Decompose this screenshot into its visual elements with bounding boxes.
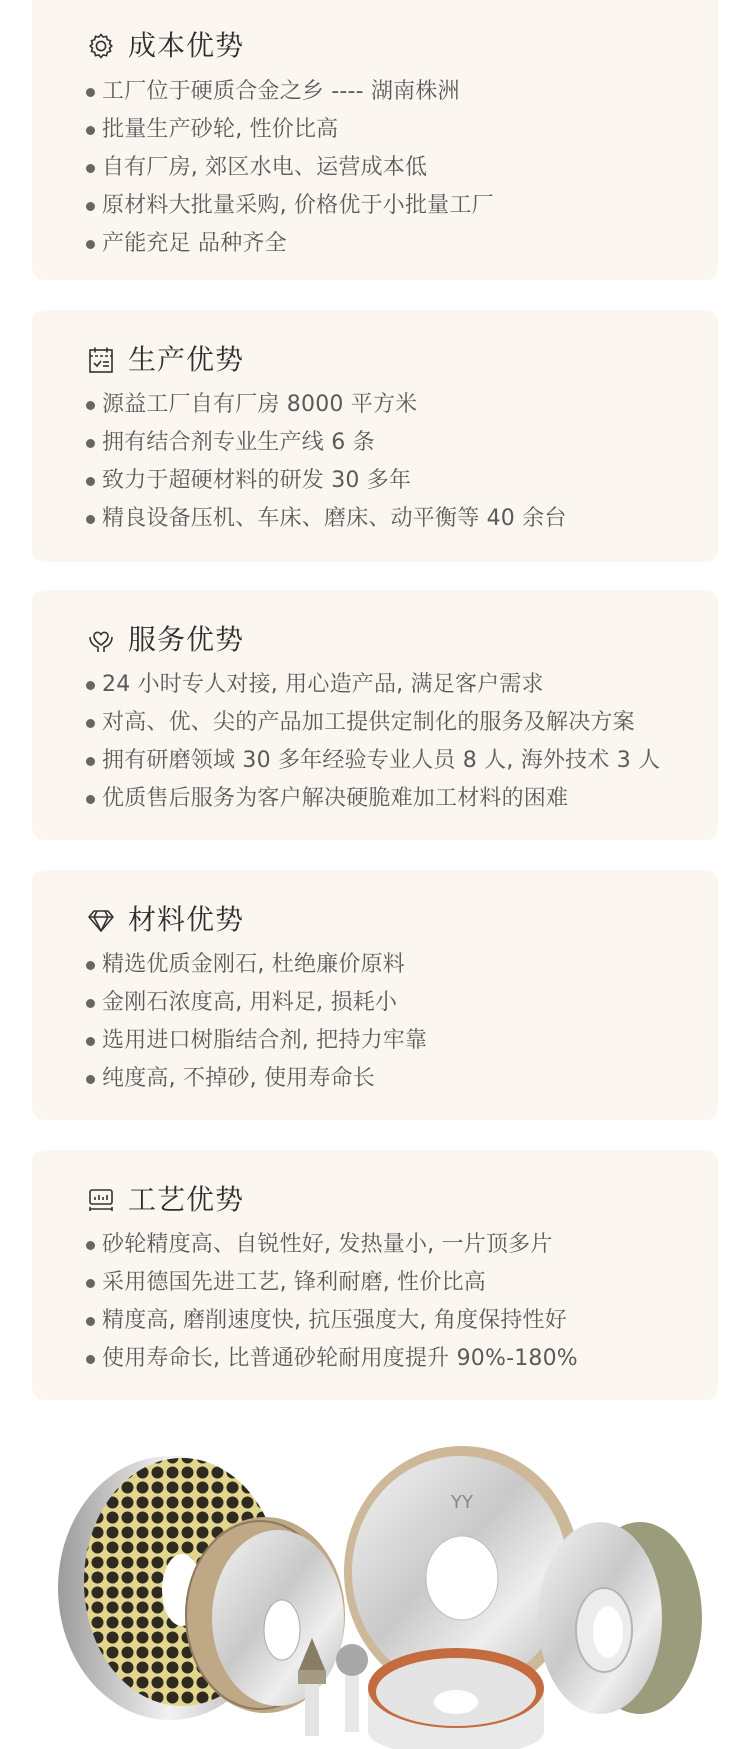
card-header: 材料优势 [86, 902, 244, 938]
list-item: 精选优质金刚石, 杜绝廉价原料 [86, 943, 427, 981]
bullet-dot-icon [86, 757, 95, 766]
bullet-dot-icon [86, 1279, 95, 1288]
bullet-dot-icon [86, 477, 95, 486]
bullet-list: 工厂位于硬质合金之乡 ---- 湖南株洲 批量生产砂轮, 性价比高 自有厂房, … [86, 70, 494, 260]
list-item: 采用德国先进工艺, 锋利耐磨, 性价比高 [86, 1261, 578, 1299]
bullet-list: 源益工厂自有厂房 8000 平方米 拥有结合剂专业生产线 6 条 致力于超硬材料… [86, 383, 567, 535]
list-item: 金刚石浓度高, 用料足, 损耗小 [86, 981, 427, 1019]
list-item: 选用进口树脂结合剂, 把持力牢靠 [86, 1019, 427, 1057]
diamond-icon [86, 905, 116, 935]
list-item: 产能充足 品种齐全 [86, 222, 494, 260]
production-advantage-card: 生产优势 源益工厂自有厂房 8000 平方米 拥有结合剂专业生产线 6 条 致力… [32, 310, 718, 562]
card-header: 成本优势 [86, 28, 244, 64]
green-cup-wheel [538, 1522, 702, 1714]
service-advantage-card: 服务优势 24 小时专人对接, 用心造产品, 满足客户需求 对高、优、尖的产品加… [32, 590, 718, 840]
card-title: 工艺优势 [128, 1182, 244, 1218]
card-title: 材料优势 [128, 902, 244, 938]
list-item: 24 小时专人对接, 用心造产品, 满足客户需求 [86, 663, 660, 701]
bullet-dot-icon [86, 126, 95, 135]
bullet-dot-icon [86, 1355, 95, 1364]
list-item: 拥有结合剂专业生产线 6 条 [86, 421, 567, 459]
bullet-dot-icon [86, 401, 95, 410]
craft-advantage-card: 工艺优势 砂轮精度高、自锐性好, 发热量小, 一片顶多片 采用德国先进工艺, 锋… [32, 1150, 718, 1400]
bullet-dot-icon [86, 1317, 95, 1326]
calendar-check-icon [86, 345, 116, 375]
list-item: 原材料大批量采购, 价格优于小批量工厂 [86, 184, 494, 222]
list-item: 对高、优、尖的产品加工提供定制化的服务及解决方案 [86, 701, 660, 739]
bullet-dot-icon [86, 961, 95, 970]
gear-icon [86, 31, 116, 61]
list-item: 砂轮精度高、自锐性好, 发热量小, 一片顶多片 [86, 1223, 578, 1261]
bullet-dot-icon [86, 1037, 95, 1046]
resin-cup-wheel [368, 1648, 544, 1749]
bullet-dot-icon [86, 202, 95, 211]
bullet-dot-icon [86, 240, 95, 249]
product-photo: YY [0, 1420, 750, 1749]
card-header: 生产优势 [86, 342, 244, 378]
bullet-dot-icon [86, 719, 95, 728]
list-item: 工厂位于硬质合金之乡 ---- 湖南株洲 [86, 70, 494, 108]
svg-text:YY: YY [450, 1492, 474, 1513]
list-item: 拥有研磨领域 30 多年经验专业人员 8 人, 海外技术 3 人 [86, 739, 660, 777]
grinding-wheels-image: YY [0, 1420, 750, 1749]
bullet-dot-icon [86, 439, 95, 448]
bullet-dot-icon [86, 795, 95, 804]
bullet-dot-icon [86, 164, 95, 173]
bullet-list: 24 小时专人对接, 用心造产品, 满足客户需求 对高、优、尖的产品加工提供定制… [86, 663, 660, 815]
gauge-panel-icon [86, 1185, 116, 1215]
list-item: 优质售后服务为客户解决硬脆难加工材料的困难 [86, 777, 660, 815]
list-item: 使用寿命长, 比普通砂轮耐用度提升 90%-180% [86, 1337, 578, 1375]
list-item: 精良设备压机、车床、磨床、动平衡等 40 余台 [86, 497, 567, 535]
bullet-dot-icon [86, 681, 95, 690]
card-title: 成本优势 [128, 28, 244, 64]
material-advantage-card: 材料优势 精选优质金刚石, 杜绝廉价原料 金刚石浓度高, 用料足, 损耗小 选用… [32, 870, 718, 1120]
card-title: 服务优势 [128, 622, 244, 658]
bullet-dot-icon [86, 1075, 95, 1084]
card-header: 服务优势 [86, 622, 244, 658]
cost-advantage-card: 成本优势 工厂位于硬质合金之乡 ---- 湖南株洲 批量生产砂轮, 性价比高 自… [32, 0, 718, 280]
card-header: 工艺优势 [86, 1182, 244, 1218]
list-item: 精度高, 磨削速度快, 抗压强度大, 角度保持性好 [86, 1299, 578, 1337]
list-item: 自有厂房, 郊区水电、运营成本低 [86, 146, 494, 184]
list-item: 批量生产砂轮, 性价比高 [86, 108, 494, 146]
bullet-dot-icon [86, 1241, 95, 1250]
bullet-dot-icon [86, 88, 95, 97]
list-item: 纯度高, 不掉砂, 使用寿命长 [86, 1057, 427, 1095]
watermark [272, 872, 522, 908]
bullet-list: 砂轮精度高、自锐性好, 发热量小, 一片顶多片 采用德国先进工艺, 锋利耐磨, … [86, 1223, 578, 1375]
bullet-dot-icon [86, 999, 95, 1008]
bullet-list: 精选优质金刚石, 杜绝廉价原料 金刚石浓度高, 用料足, 损耗小 选用进口树脂结… [86, 943, 427, 1095]
list-item: 致力于超硬材料的研发 30 多年 [86, 459, 567, 497]
heart-hands-icon [86, 625, 116, 655]
bullet-dot-icon [86, 515, 95, 524]
card-title: 生产优势 [128, 342, 244, 378]
list-item: 源益工厂自有厂房 8000 平方米 [86, 383, 567, 421]
